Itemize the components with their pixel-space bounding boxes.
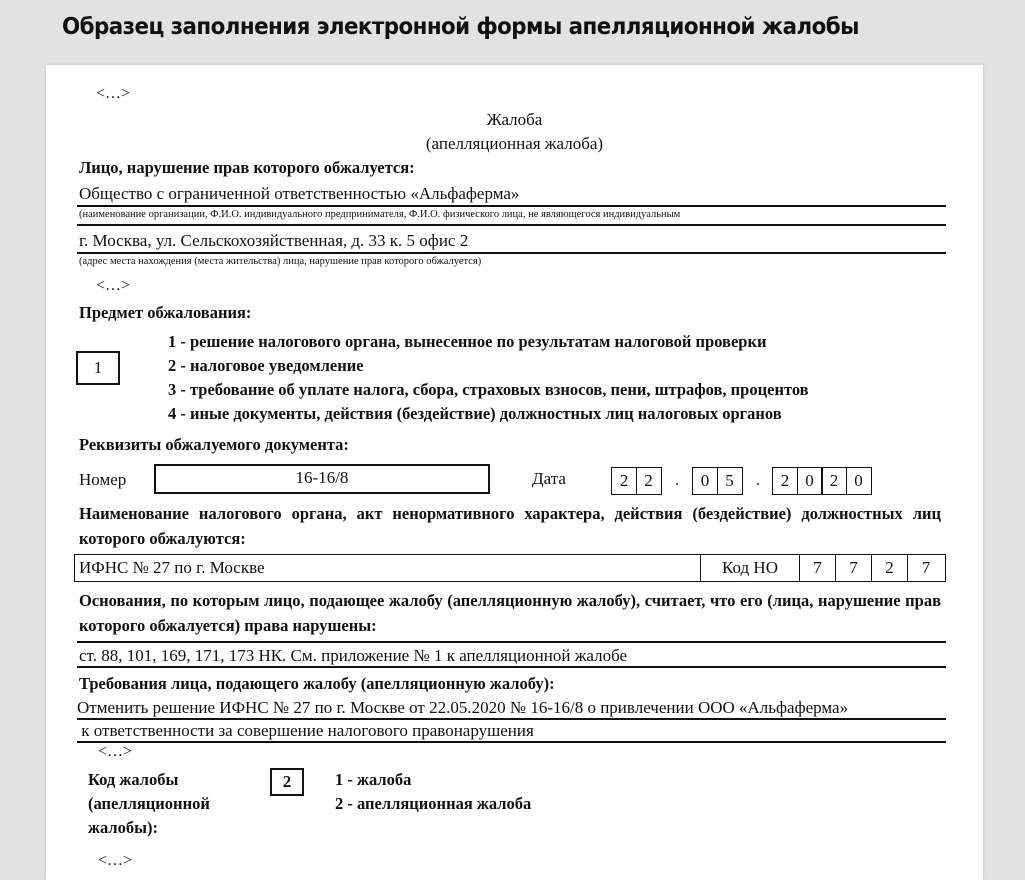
number-label: Номер: [79, 470, 126, 490]
date-digit: 0: [692, 467, 718, 495]
complaint-option-2: 2 - апелляционная жалоба: [335, 794, 531, 814]
subject-option-1: 1 - решение налогового органа, вынесенно…: [168, 332, 766, 352]
authority-label: Наименование налогового органа, акт нено…: [79, 501, 941, 551]
divider: [77, 224, 946, 226]
complaint-code-field[interactable]: 2: [270, 768, 304, 796]
person-name-field[interactable]: Общество с ограниченной ответственностью…: [79, 184, 519, 204]
complaint-code-label-line3: жалобы):: [88, 818, 158, 838]
grounds-field[interactable]: ст. 88, 101, 169, 171, 173 НК. См. прило…: [79, 646, 627, 666]
date-digit: 0: [846, 467, 872, 495]
subject-code-field[interactable]: 1: [76, 351, 120, 385]
authority-code-digit[interactable]: 7: [799, 555, 835, 581]
date-digit: 0: [797, 467, 823, 495]
document-label: Реквизиты обжалуемого документа:: [79, 435, 349, 455]
authority-row: ИФНС № 27 по г. Москве Код НО 7 7 2 7: [74, 554, 946, 582]
divider: [77, 666, 946, 668]
divider: [77, 718, 946, 720]
person-label: Лицо, нарушение прав которого обжалуется…: [79, 158, 415, 178]
date-separator: .: [756, 472, 760, 490]
authority-name-field[interactable]: ИФНС № 27 по г. Москве: [75, 555, 700, 581]
person-address-field[interactable]: г. Москва, ул. Сельскохозяйственная, д. …: [79, 231, 468, 251]
divider: [77, 641, 946, 643]
complaint-code-label-line2: (апелляционной: [88, 794, 210, 814]
person-address-hint: (адрес места нахождения (места жительств…: [79, 256, 481, 267]
date-day-field[interactable]: 2 2: [611, 467, 662, 495]
document-number-field[interactable]: 16-16/8: [154, 464, 490, 494]
date-digit: 2: [772, 467, 798, 495]
date-digit: 5: [717, 467, 743, 495]
date-year-field[interactable]: 2 0 2 0: [772, 467, 872, 495]
date-label: Дата: [532, 469, 566, 489]
form-sheet: <…> Жалоба (апелляционная жалоба) Лицо, …: [46, 65, 983, 880]
authority-code-label: Код НО: [700, 555, 799, 581]
date-separator: .: [675, 472, 679, 490]
demands-field-line1[interactable]: Отменить решение ИФНС № 27 по г. Москве …: [77, 698, 848, 718]
subject-option-3: 3 - требование об уплате налога, сбора, …: [168, 380, 809, 400]
grounds-label: Основания, по которым лицо, подающее жал…: [79, 588, 941, 638]
omission-marker: <…>: [96, 277, 130, 295]
authority-code-digit[interactable]: 7: [907, 555, 944, 581]
date-digit: 2: [636, 467, 662, 495]
complaint-option-1: 1 - жалоба: [335, 770, 411, 790]
complaint-code-label-line1: Код жалобы: [88, 770, 178, 790]
form-title: Жалоба: [46, 110, 983, 130]
authority-code-digit[interactable]: 7: [835, 555, 871, 581]
date-digit: 2: [821, 467, 847, 495]
omission-marker: <…>: [96, 85, 130, 103]
demands-field-line2[interactable]: к ответственности за совершение налогово…: [77, 721, 534, 741]
page-title: Образец заполнения электронной формы апе…: [62, 14, 859, 40]
demands-label: Требования лица, подающего жалобу (апелл…: [79, 674, 555, 694]
omission-marker: <…>: [98, 852, 132, 870]
authority-code-digit[interactable]: 2: [871, 555, 907, 581]
divider: [77, 252, 946, 254]
subject-label: Предмет обжалования:: [79, 303, 251, 323]
date-month-field[interactable]: 0 5: [692, 467, 743, 495]
divider: [77, 205, 946, 207]
subject-option-2: 2 - налоговое уведомление: [168, 356, 364, 376]
date-digit: 2: [611, 467, 637, 495]
form-subtitle: (апелляционная жалоба): [46, 134, 983, 154]
subject-option-4: 4 - иные документы, действия (бездействи…: [168, 404, 782, 424]
omission-marker: <…>: [98, 743, 132, 761]
person-name-hint: (наименование организации, Ф.И.О. индиви…: [79, 209, 680, 220]
divider: [77, 741, 946, 743]
